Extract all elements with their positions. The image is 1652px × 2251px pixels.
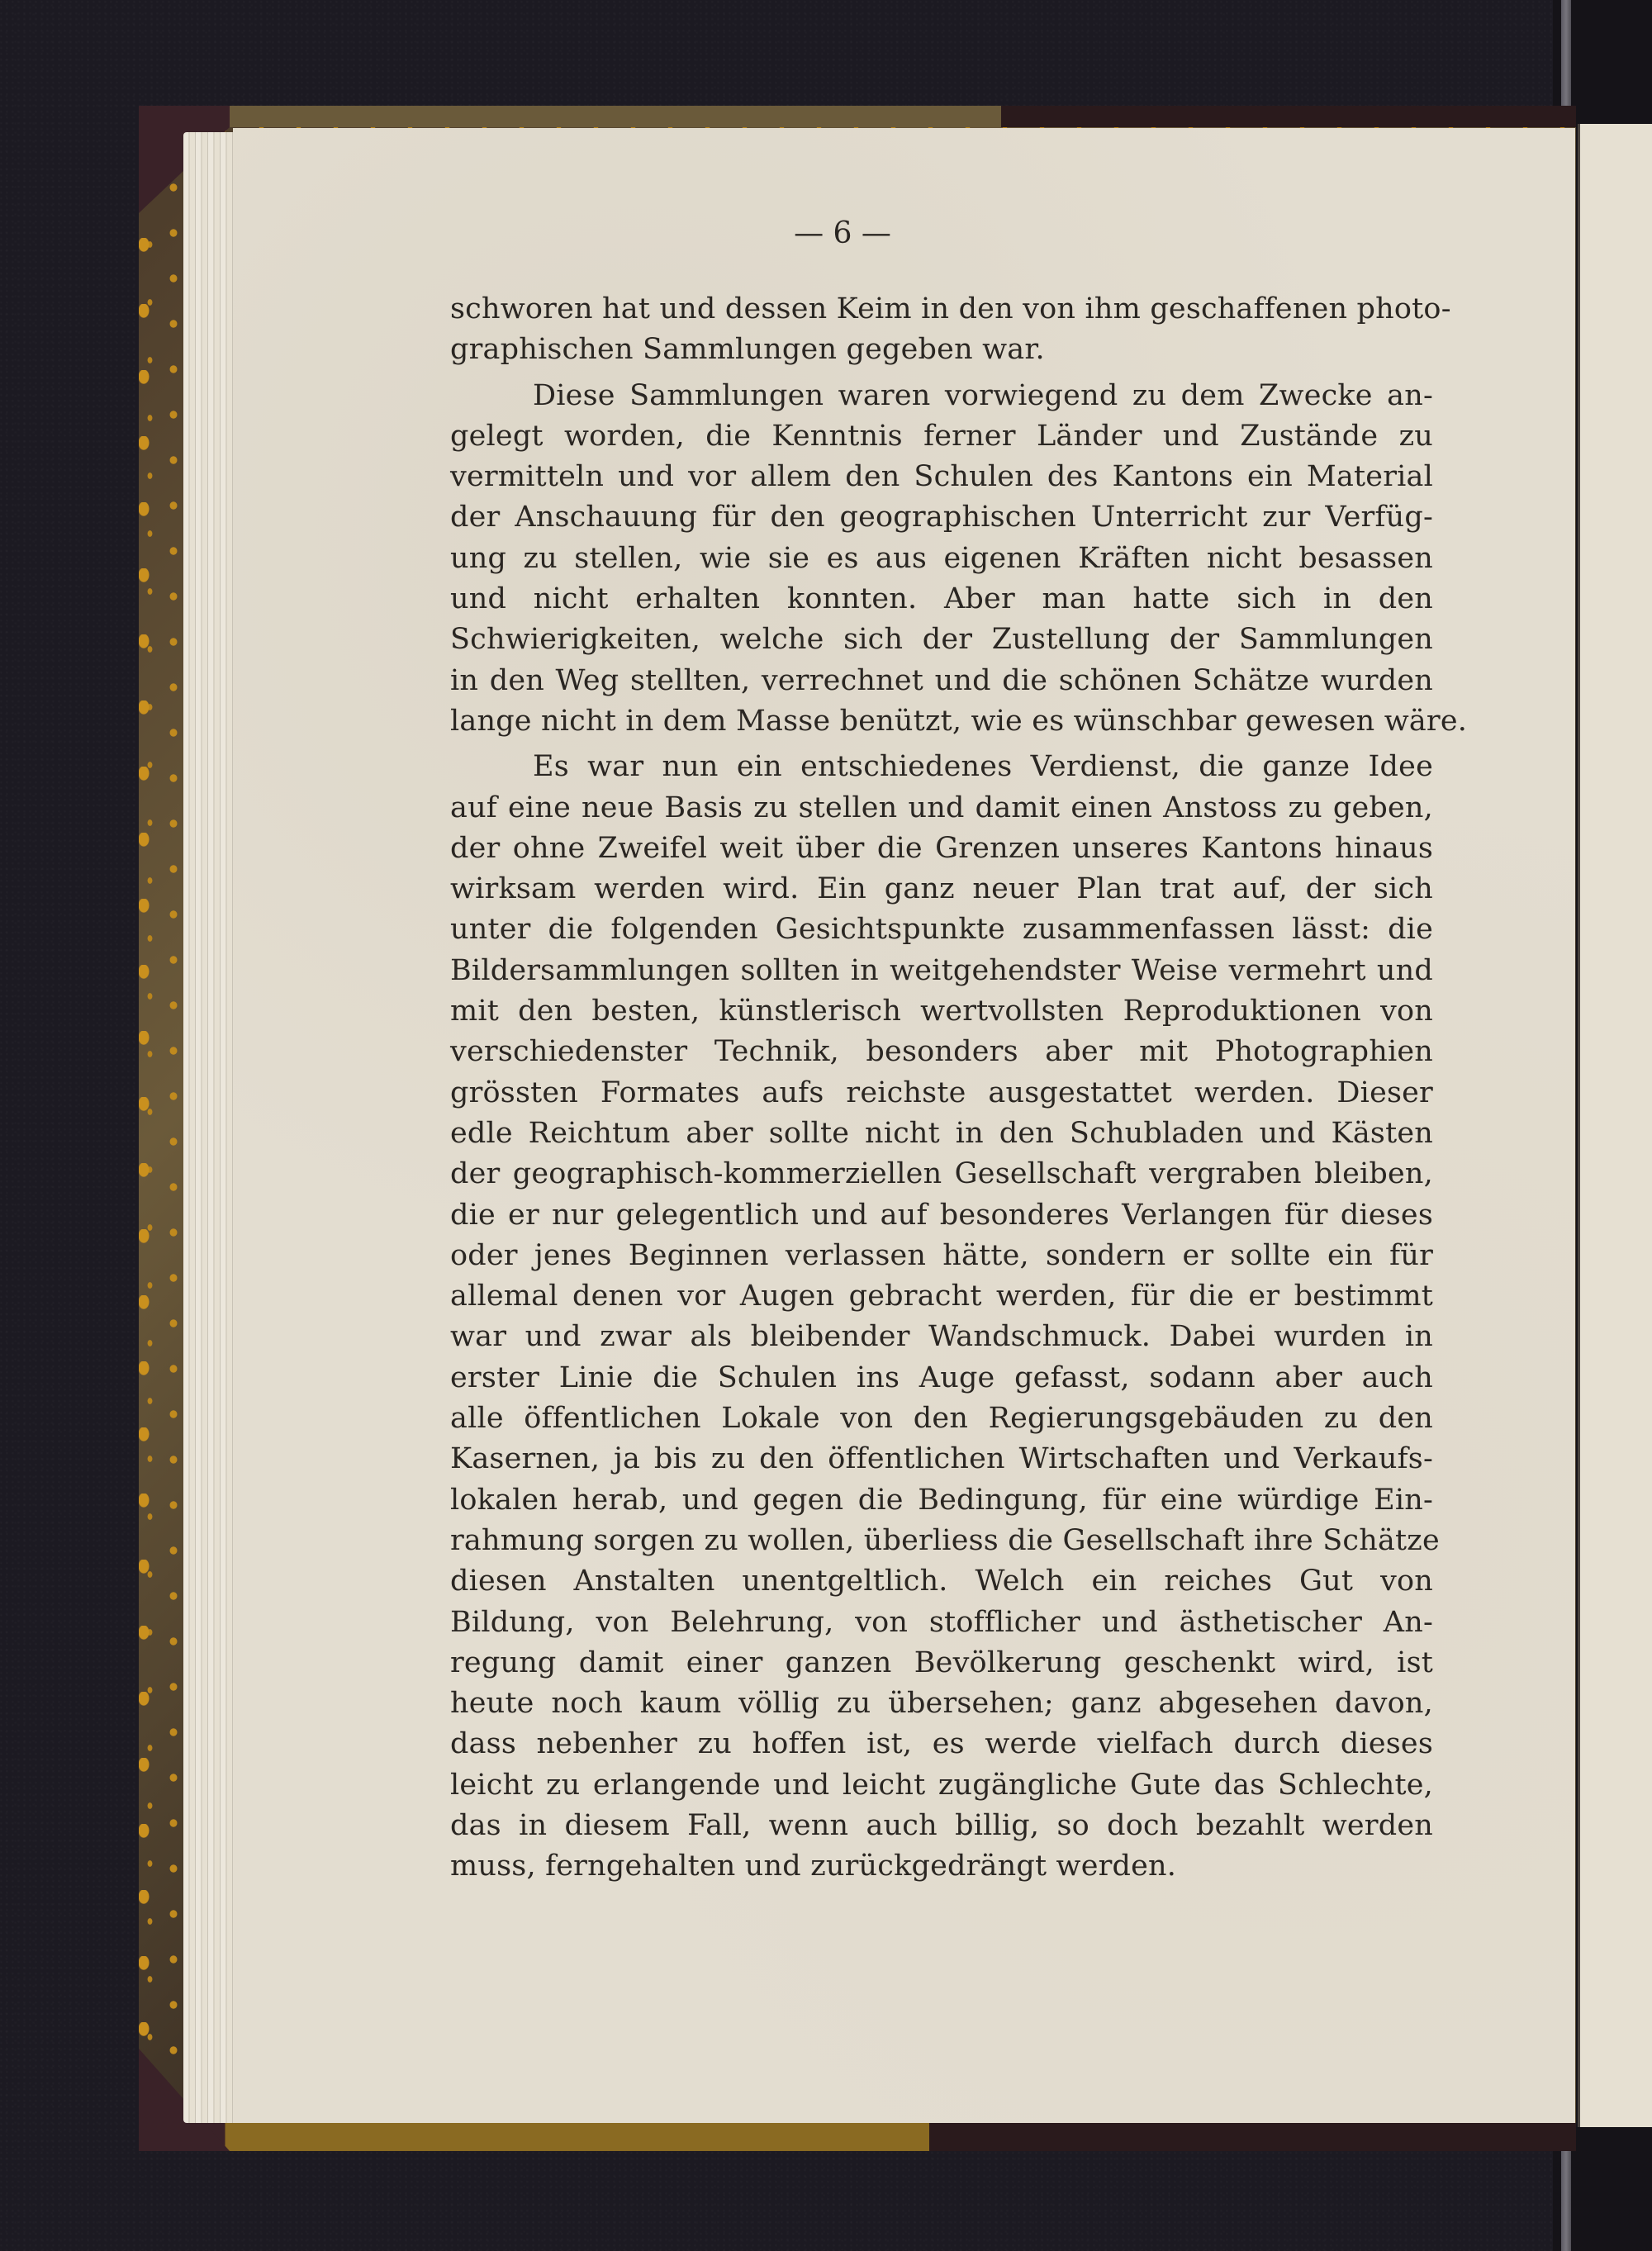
text-line: dass nebenher zu hoffen ist, es werde vi… — [450, 1724, 1433, 1764]
text-line: in den Weg stellten, verrechnet und die … — [450, 661, 1433, 701]
text-line: erster Linie die Schulen ins Auge gefass… — [450, 1358, 1433, 1399]
text-line: alle öffentlichen Lokale von den Regieru… — [450, 1399, 1433, 1439]
text-line: mit den besten, künstlerisch wertvollste… — [450, 991, 1433, 1032]
paragraph-1: schworen hat und dessen Keim in den von … — [450, 289, 1433, 371]
text-line: lange nicht in dem Masse benützt, wie es… — [450, 701, 1433, 742]
text-line: leicht zu erlangende und leicht zugängli… — [450, 1765, 1433, 1806]
facing-page-edge — [1578, 124, 1652, 2127]
text-line: Diese Sammlungen waren vorwiegend zu dem… — [450, 376, 1433, 416]
text-line: schworen hat und dessen Keim in den von … — [450, 289, 1433, 330]
text-line: diesen Anstalten unentgeltlich. Welch ei… — [450, 1561, 1433, 1602]
text-line: der geographisch-kommerziellen Gesellsch… — [450, 1154, 1433, 1194]
text-line: grössten Formates aufs reichste ausgesta… — [450, 1073, 1433, 1114]
text-line: allemal denen vor Augen gebracht werden,… — [450, 1276, 1433, 1317]
text-line: gelegt worden, die Kenntnis ferner Lände… — [450, 416, 1433, 457]
text-line: Schwierigkeiten, welche sich der Zustell… — [450, 620, 1433, 660]
text-line: lokalen herab, und gegen die Bedingung, … — [450, 1480, 1433, 1521]
text-line: die er nur gelegentlich und auf besonder… — [450, 1195, 1433, 1236]
text-line: vermitteln und vor allem den Schulen des… — [450, 457, 1433, 497]
text-line: edle Reichtum aber sollte nicht in den S… — [450, 1114, 1433, 1154]
text-line: unter die folgenden Gesichtspunkte zusam… — [450, 909, 1433, 950]
text-line: rahmung sorgen zu wollen, überliess die … — [450, 1521, 1433, 1561]
top-spacer — [450, 215, 1433, 289]
paragraph-2: Diese Sammlungen waren vorwiegend zu dem… — [450, 376, 1433, 743]
text-line: Kasernen, ja bis zu den öffentlichen Wir… — [450, 1439, 1433, 1479]
text-line: ung zu stellen, wie sie es aus eigenen K… — [450, 539, 1433, 579]
text-line: muss, ferngehalten und zurückgedrängt we… — [450, 1846, 1433, 1887]
text-line: heute noch kaum völlig zu übersehen; gan… — [450, 1684, 1433, 1724]
text-line: der ohne Zweifel weit über die Grenzen u… — [450, 829, 1433, 869]
text-line: verschiedenster Technik, besonders aber … — [450, 1032, 1433, 1072]
cover-top-edge — [139, 106, 1576, 127]
text-line: der Anschauung für den geographischen Un… — [450, 497, 1433, 538]
body-text: schworen hat und dessen Keim in den von … — [450, 215, 1433, 1888]
text-line: regung damit einer ganzen Bevölkerung ge… — [450, 1643, 1433, 1684]
cover-bottom-edge — [139, 2123, 1576, 2151]
text-line: wirksam werden wird. Ein ganz neuer Plan… — [450, 869, 1433, 909]
text-line: Es war nun ein entschiedenes Verdienst, … — [450, 747, 1433, 787]
text-line: oder jenes Beginnen verlassen hätte, son… — [450, 1236, 1433, 1276]
text-line: Bildersammlungen sollten in weitgehendst… — [450, 951, 1433, 991]
text-line: war und zwar als bleibender Wandschmuck.… — [450, 1317, 1433, 1357]
paragraph-3: Es war nun ein entschiedenes Verdienst, … — [450, 747, 1433, 1887]
text-line: das in diesem Fall, wenn auch billig, so… — [450, 1806, 1433, 1846]
text-line: und nicht erhalten konnten. Aber man hat… — [450, 579, 1433, 620]
text-line: auf eine neue Basis zu stellen und damit… — [450, 788, 1433, 829]
text-line: Bildung, von Belehrung, von stofflicher … — [450, 1603, 1433, 1643]
text-line: graphischen Sammlungen gegeben war. — [450, 330, 1433, 370]
